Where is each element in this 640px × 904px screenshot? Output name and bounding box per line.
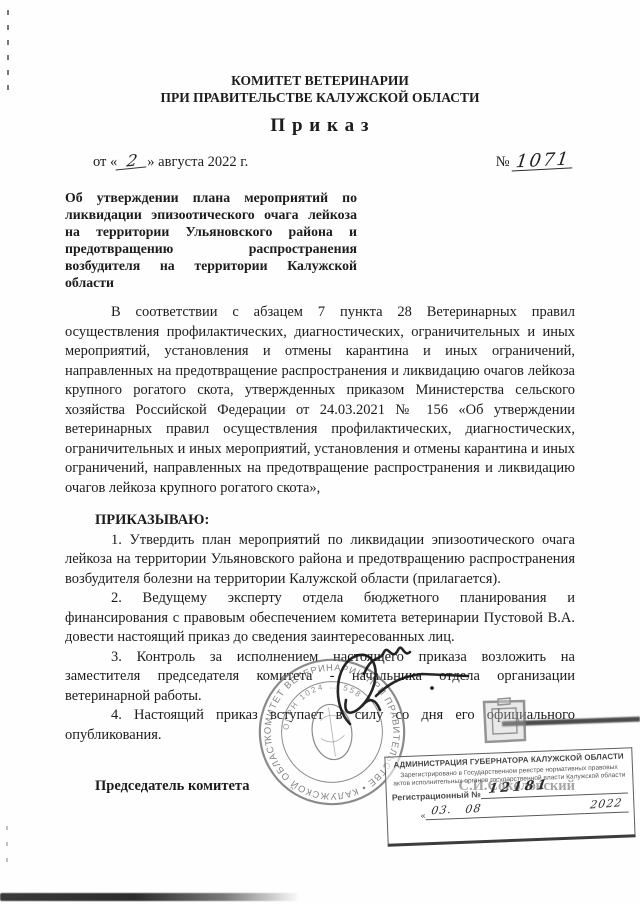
handwritten-number: 1071	[512, 151, 574, 171]
emblem-stamp	[476, 696, 532, 748]
scan-edge-dashes-top	[7, 10, 9, 92]
handwritten-day: 2	[116, 152, 149, 170]
date-prefix: от «	[93, 154, 117, 170]
date-suffix: » августа 2022 г.	[147, 154, 248, 170]
handwritten-registration-number: 12181	[487, 778, 550, 798]
org-name-line2: ПРИ ПРАВИТЕЛЬСТВЕ КАЛУЖСКОЙ ОБЛАСТИ	[65, 89, 575, 106]
date-line: от «2» августа 2022 г.	[93, 154, 248, 171]
org-name-line1: КОМИТЕТ ВЕТЕРИНАРИИ	[65, 0, 575, 89]
registration-date-year-blank: 2022	[584, 801, 628, 815]
document-type-title: П р и к а з	[65, 115, 575, 137]
registration-number-label: Регистрационный №	[392, 789, 481, 802]
date-number-row: от «2» августа 2022 г. № 1071	[65, 153, 575, 171]
handwritten-date-month: 08	[464, 802, 482, 816]
scan-edge-dashes-bottom	[6, 826, 8, 872]
handwritten-signature	[272, 636, 482, 736]
registration-date-fill-line	[499, 802, 585, 817]
scan-bottom-smudge	[0, 893, 300, 901]
order-word: ПРИКАЗЫВАЮ:	[65, 511, 575, 531]
number-sign: №	[496, 154, 510, 170]
registration-date-line: « 03. 08 2022	[392, 801, 628, 822]
subject-paragraph: Об утверждении плана мероприятий по ликв…	[65, 189, 357, 291]
registration-stamp: АДМИНИСТРАЦИЯ ГУБЕРНАТОРА КАЛУЖСКОЙ ОБЛА…	[384, 747, 635, 846]
document-number: № 1071	[496, 153, 573, 171]
registration-date-month-blank: 08	[459, 806, 499, 820]
handwritten-date-day: 03.	[430, 803, 452, 818]
document-page: КОМИТЕТ ВЕТЕРИНАРИИ ПРИ ПРАВИТЕЛЬСТВЕ КА…	[0, 0, 640, 904]
signer-position: Председатель комитета	[95, 778, 249, 795]
order-item-1: 1. Утвердить план мероприятий по ликвида…	[65, 531, 575, 590]
preamble-paragraph: В соответствии с абзацем 7 пункта 28 Вет…	[65, 303, 575, 498]
handwritten-date-year: 2022	[589, 796, 623, 811]
registration-date-day-blank: 03.	[425, 807, 459, 820]
